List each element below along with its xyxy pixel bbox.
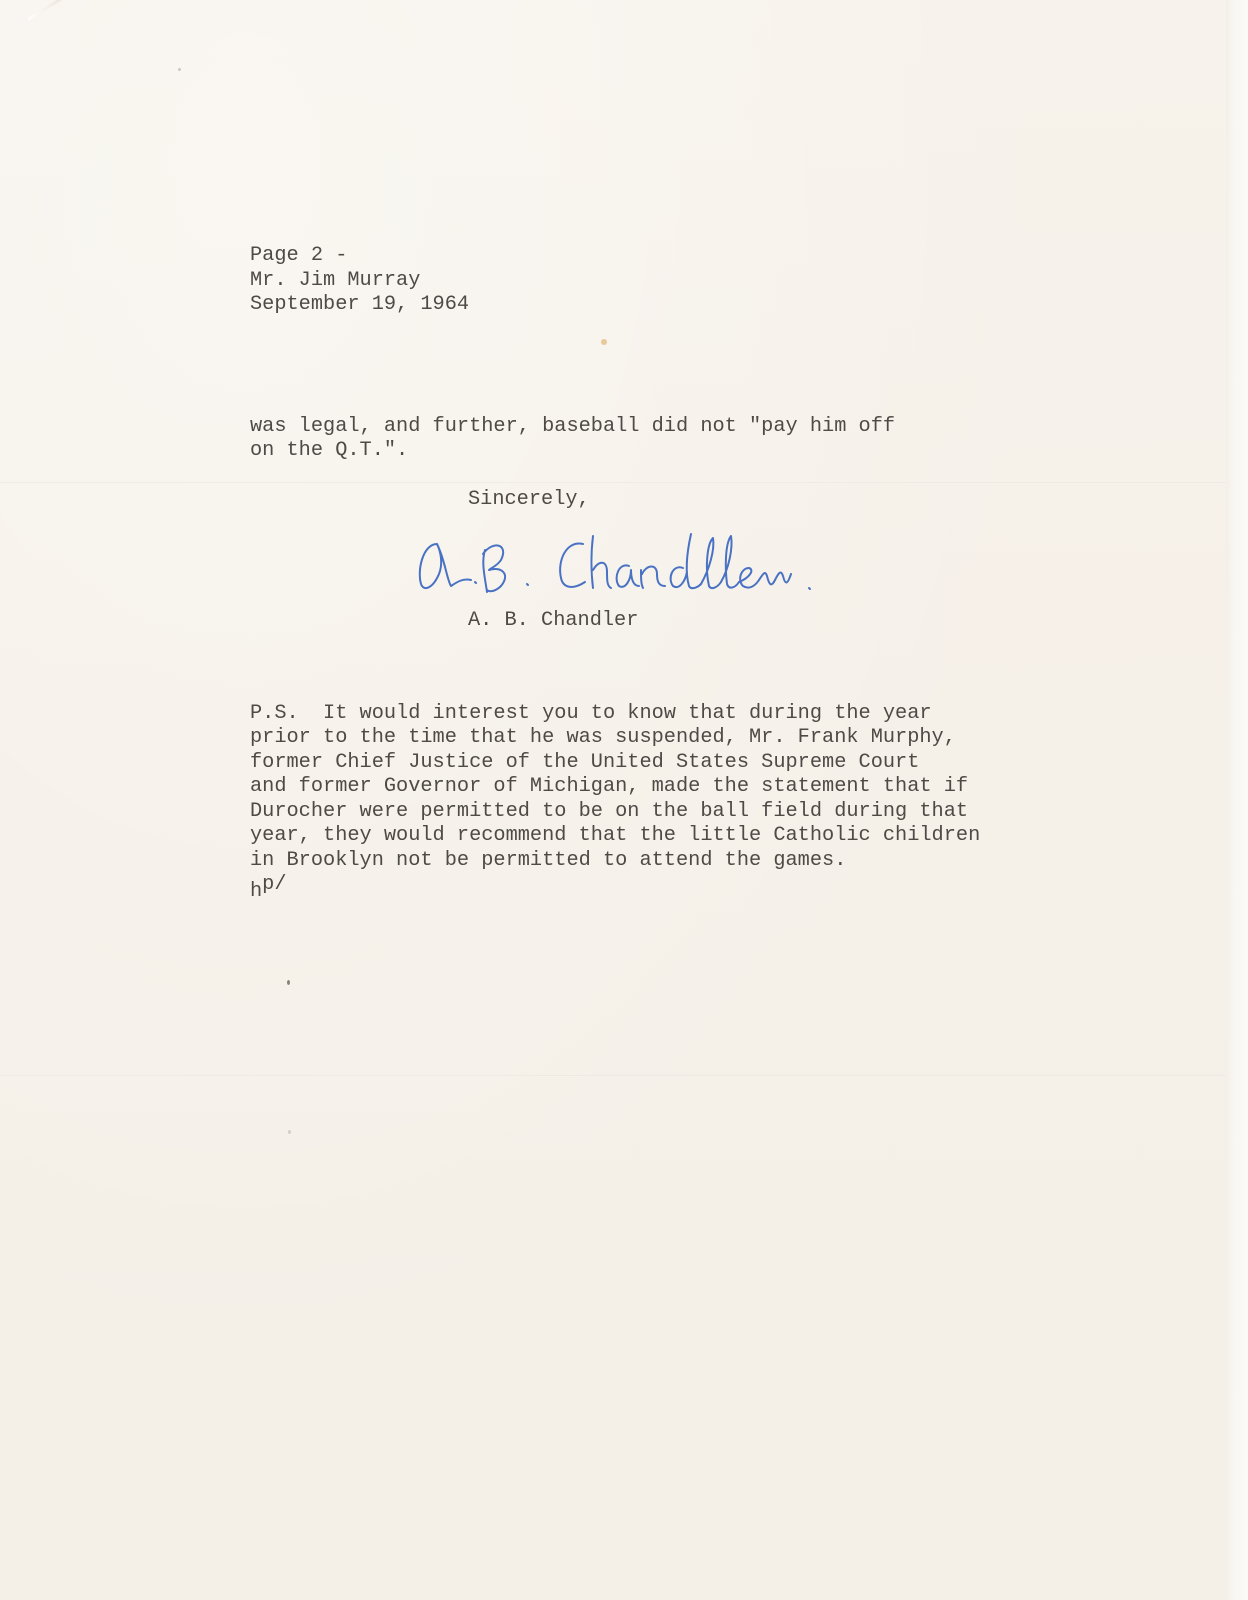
typist-initials: hp/ bbox=[250, 880, 287, 904]
closing: Sincerely, bbox=[468, 488, 590, 513]
postscript-line: P.S. It would interest you to know that … bbox=[250, 702, 932, 727]
paper-crease bbox=[27, 0, 96, 21]
paper-speck bbox=[178, 68, 181, 71]
typist-initial-base: h bbox=[250, 880, 262, 903]
postscript-line: Durocher were permitted to be on the bal… bbox=[250, 800, 968, 825]
postscript-line: in Brooklyn not be permitted to attend t… bbox=[250, 849, 846, 874]
body-line: was legal, and further, baseball did not… bbox=[250, 415, 895, 440]
postscript-line: and former Governor of Michigan, made th… bbox=[250, 775, 968, 800]
date-line: September 19, 1964 bbox=[250, 293, 469, 318]
paper-speck bbox=[287, 980, 290, 985]
typist-initial-slash: / bbox=[274, 873, 286, 896]
recipient-line: Mr. Jim Murray bbox=[250, 269, 420, 294]
postscript-line: year, they would recommend that the litt… bbox=[250, 824, 980, 849]
signer-name: A. B. Chandler bbox=[468, 609, 638, 634]
postscript-line: prior to the time that he was suspended,… bbox=[250, 726, 956, 751]
typist-initial-raised: p bbox=[262, 873, 274, 896]
paper-stain bbox=[601, 339, 607, 345]
handwritten-signature bbox=[415, 530, 825, 600]
page-edge bbox=[1226, 0, 1248, 1600]
fold-line-upper bbox=[0, 482, 1226, 484]
postscript-line: former Chief Justice of the United State… bbox=[250, 751, 919, 776]
page-number-line: Page 2 - bbox=[250, 244, 347, 269]
paper-speck bbox=[288, 1130, 291, 1134]
body-line: on the Q.T.". bbox=[250, 439, 408, 464]
fold-line-lower bbox=[0, 1075, 1226, 1077]
